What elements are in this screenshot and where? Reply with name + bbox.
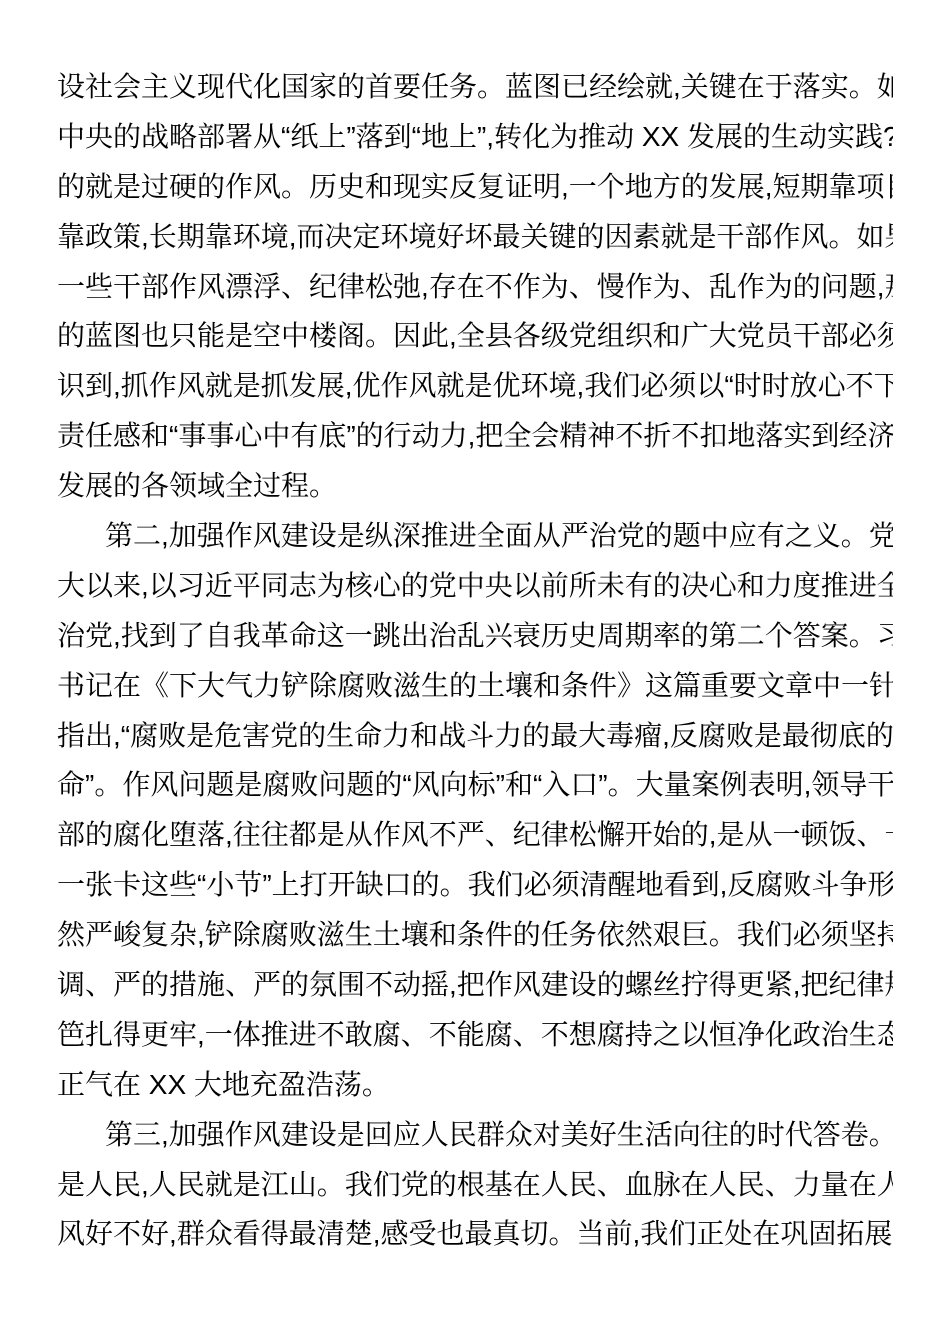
text-line: 发展的各领域全过程。	[57, 461, 893, 511]
text-line: 中央的战略部署从“纸上”落到“地上”,转化为推动 XX 发展的生动实践?靠	[57, 112, 893, 162]
text-line: 第二,加强作风建设是纵深推进全面从严治党的题中应有之义。党的十八	[57, 511, 893, 561]
text-line: 责任感和“事事心中有底”的行动力,把全会精神不折不扣地落实到经济社会	[57, 411, 893, 461]
text-line: 笆扎得更牢,一体推进不敢腐、不能腐、不想腐持之以恒净化政治生态,让清风	[57, 1010, 893, 1060]
text-line: 设社会主义现代化国家的首要任务。蓝图已经绘就,关键在于落实。如何将党	[57, 62, 893, 112]
text-line: 第三,加强作风建设是回应人民群众对美好生活向往的时代答卷。江山就	[57, 1110, 893, 1160]
text-line: 调、严的措施、严的氛围不动摇,把作风建设的螺丝拧得更紧,把纪律规矩的篱	[57, 960, 893, 1010]
text-line: 大以来,以习近平同志为核心的党中央以前所未有的决心和力度推进全面从严	[57, 561, 893, 611]
text-line: 是人民,人民就是江山。我们党的根基在人民、血脉在人民、力量在人民。作	[57, 1160, 893, 1210]
document-page: 设社会主义现代化国家的首要任务。蓝图已经绘就,关键在于落实。如何将党中央的战略部…	[0, 0, 950, 1344]
text-line: 部的腐化堕落,往往都是从作风不严、纪律松懈开始的,是从一顿饭、一瓶酒、	[57, 810, 893, 860]
text-block: 设社会主义现代化国家的首要任务。蓝图已经绘就,关键在于落实。如何将党中央的战略部…	[57, 62, 893, 1259]
text-line: 靠政策,长期靠环境,而决定环境好坏最关键的因素就是干部作风。如果我们的	[57, 212, 893, 262]
text-line: 书记在《下大气力铲除腐败滋生的土壤和条件》这篇重要文章中一针见血地	[57, 661, 893, 711]
text-line: 指出,“腐败是危害党的生命力和战斗力的最大毒瘤,反腐败是最彻底的自我革	[57, 711, 893, 761]
text-line: 的就是过硬的作风。历史和现实反复证明,一个地方的发展,短期靠项目,中期	[57, 162, 893, 212]
text-line: 识到,抓作风就是抓发展,优作风就是优环境,我们必须以“时时放心不下”的	[57, 361, 893, 411]
text-line: 一些干部作风漂浮、纪律松弛,存在不作为、慢作为、乱作为的问题,那么再好	[57, 262, 893, 312]
text-line: 然严峻复杂,铲除腐败滋生土壤和条件的任务依然艰巨。我们必须坚持严的基	[57, 910, 893, 960]
text-line: 风好不好,群众看得最清楚,感受也最真切。当前,我们正处在巩固拓展脱贫攻	[57, 1209, 893, 1259]
text-line: 一张卡这些“小节”上打开缺口的。我们必须清醒地看到,反腐败斗争形势依	[57, 860, 893, 910]
text-line: 的蓝图也只能是空中楼阁。因此,全县各级党组织和广大党员干部必须深刻认	[57, 311, 893, 361]
text-line: 正气在 XX 大地充盈浩荡。	[57, 1060, 893, 1110]
text-line: 命”。作风问题是腐败问题的“风向标”和“入口”。大量案例表明,领导干	[57, 760, 893, 810]
text-line: 治党,找到了自我革命这一跳出治乱兴衰历史周期率的第二个答案。习近平总	[57, 611, 893, 661]
